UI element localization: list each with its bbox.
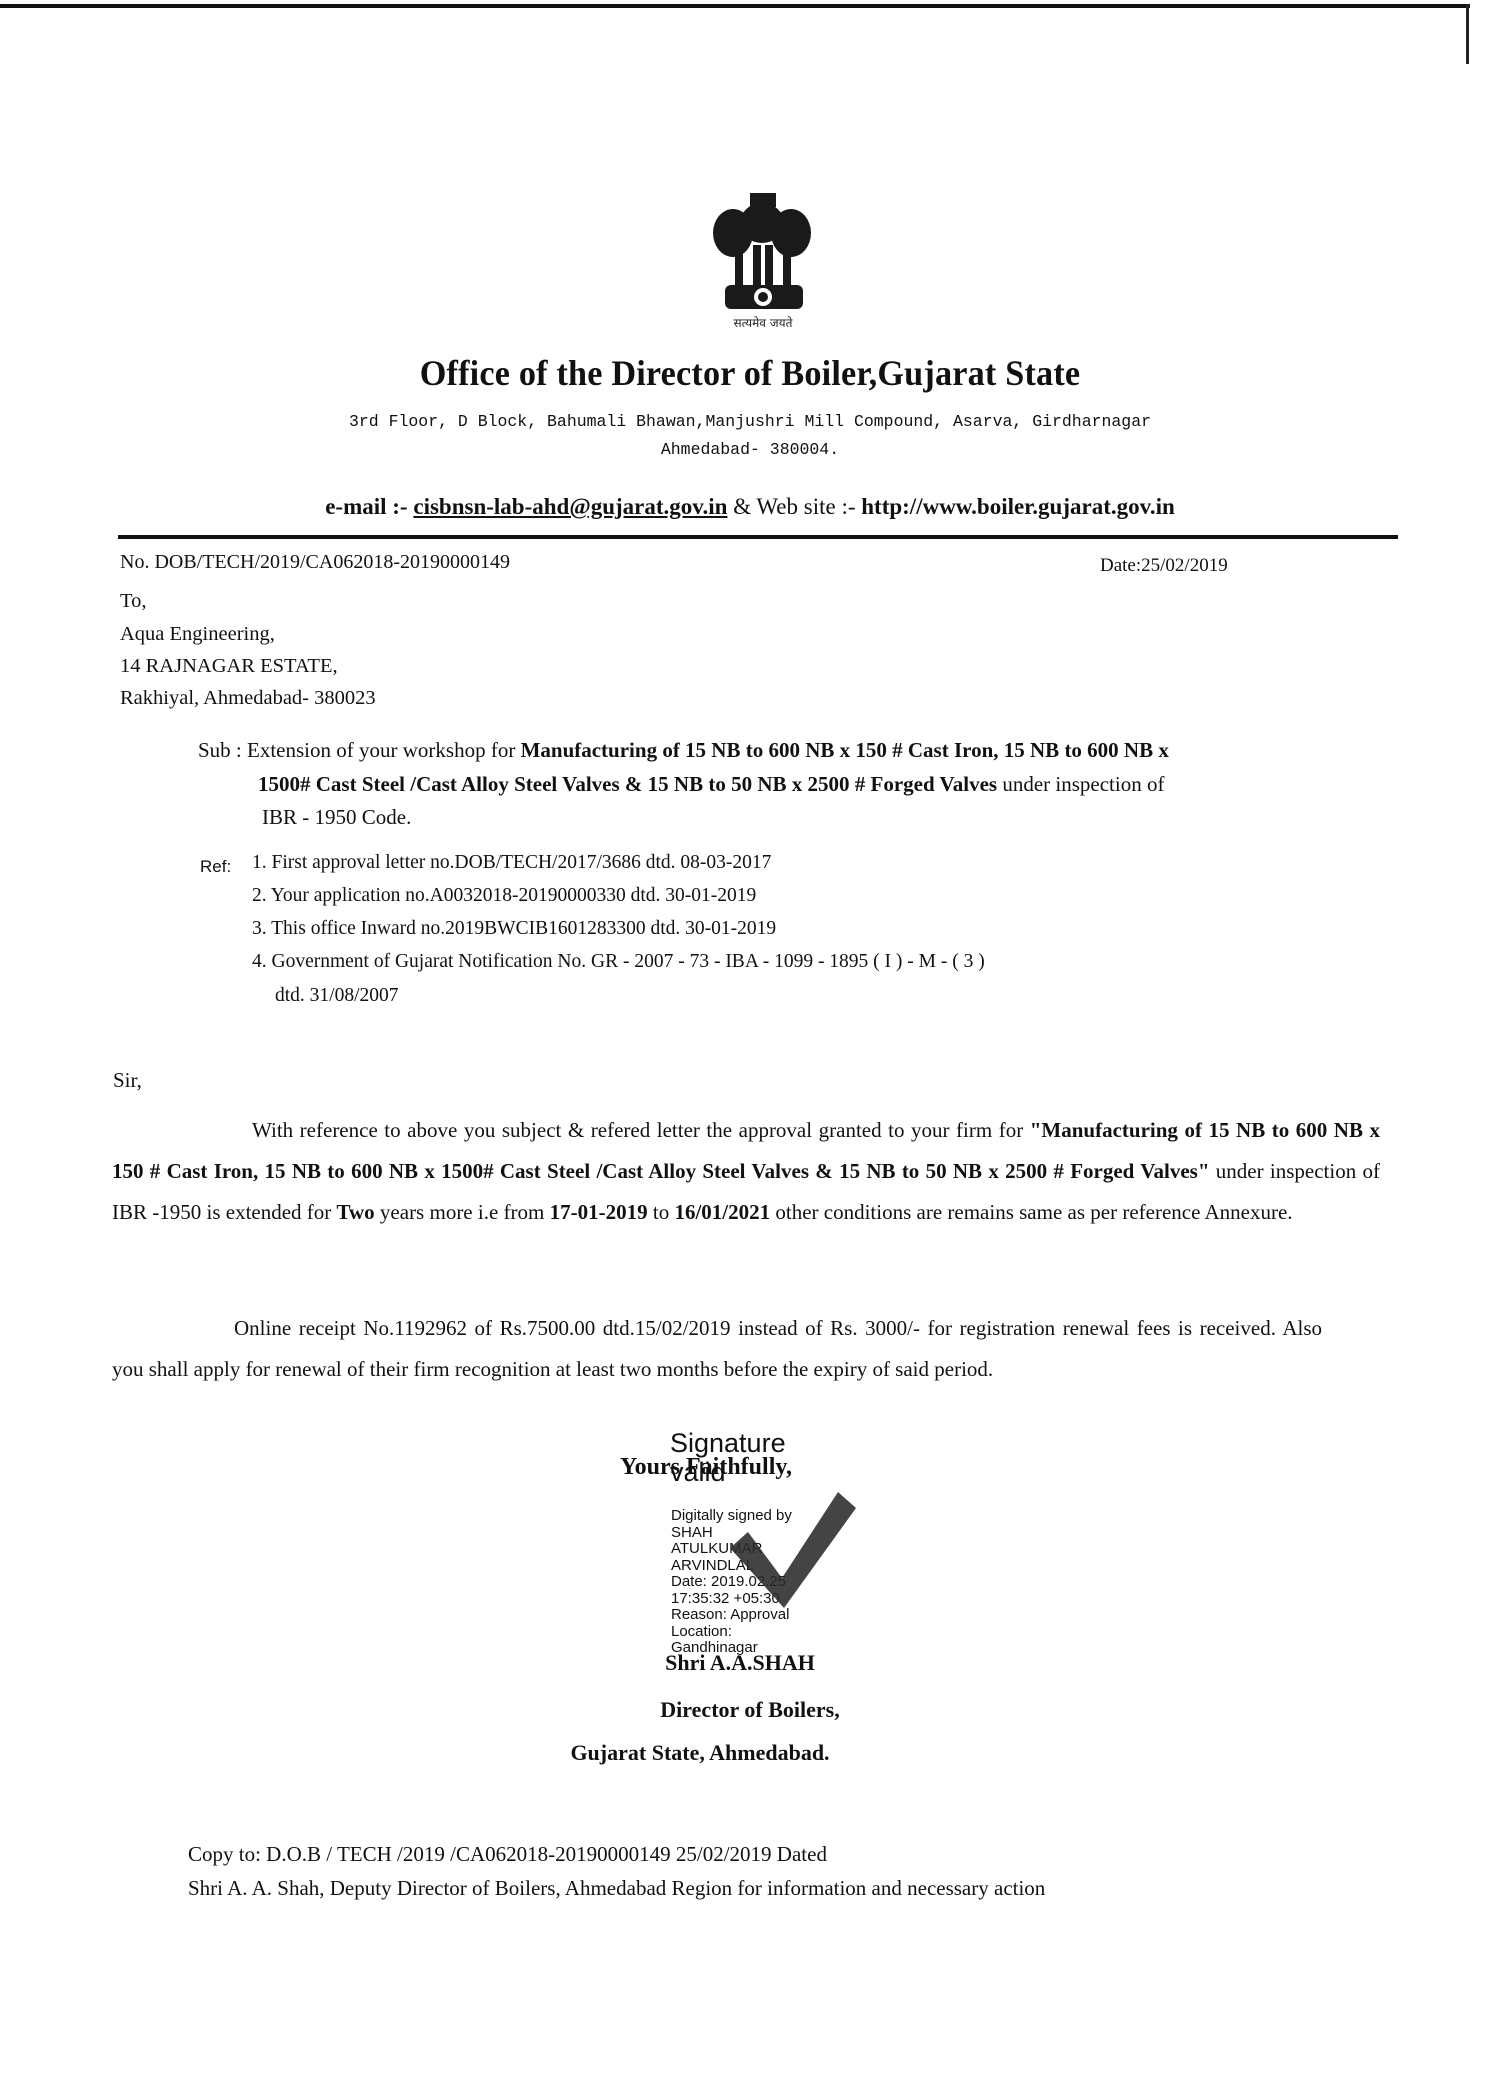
- stamp-line: Location:: [671, 1624, 792, 1641]
- closing-yours-faithfully: Yours Faithfully,: [620, 1454, 792, 1481]
- p1-text-post: other conditions are remains same as per…: [775, 1200, 1292, 1224]
- p1-text-pre: With reference to above you subject & re…: [252, 1118, 1023, 1142]
- website-link[interactable]: http://www.boiler.gujarat.gov.in: [861, 494, 1175, 519]
- reference-item-4: 4. Government of Gujarat Notification No…: [252, 951, 985, 973]
- subject-line1: Sub : Extension of your workshop for Man…: [198, 738, 1169, 763]
- body-paragraph-1: With reference to above you subject & re…: [112, 1110, 1380, 1233]
- svg-text:सत्यमेव जयते: सत्यमेव जयते: [734, 316, 794, 330]
- reference-item-4-date: dtd. 31/08/2007: [275, 985, 399, 1007]
- office-address-line2: Ahmedabad- 380004.: [0, 440, 1500, 459]
- letterhead-divider: [118, 535, 1398, 539]
- subject-text-bold1: Manufacturing of 15 NB to 600 NB x 150 #…: [521, 738, 1169, 762]
- recipient-to: To,: [120, 590, 146, 613]
- website-label: & Web site :-: [733, 494, 855, 519]
- email-link[interactable]: cisbnsn-lab-ahd@gujarat.gov.in: [413, 494, 727, 519]
- signatory-name: Shri A.A.SHAH: [0, 1650, 1490, 1676]
- office-address-line1: 3rd Floor, D Block, Bahumali Bhawan,Manj…: [0, 412, 1500, 431]
- subject-text-bold2: 1500# Cast Steel /Cast Alloy Steel Valve…: [258, 772, 997, 796]
- copy-to-line2: Shri A. A. Shah, Deputy Director of Boil…: [188, 1876, 1045, 1901]
- reference-item-2: 2. Your application no.A0032018-20190000…: [252, 885, 756, 907]
- national-emblem-icon: सत्यमेव जयते: [705, 185, 820, 335]
- recipient-name: Aqua Engineering,: [120, 623, 275, 646]
- reference-item-1: 1. First approval letter no.DOB/TECH/201…: [252, 852, 771, 874]
- letter-date: Date:25/02/2019: [1100, 555, 1228, 577]
- p1-to-word: to: [653, 1200, 669, 1224]
- scan-border-right: [1466, 4, 1469, 64]
- stamp-title-1: Signature: [670, 1432, 786, 1454]
- email-label: e-mail :-: [325, 494, 407, 519]
- subject-line3: IBR - 1950 Code.: [262, 805, 411, 830]
- p1-duration-bold: Two: [337, 1200, 375, 1224]
- p1-to-date: 16/01/2021: [674, 1200, 770, 1224]
- references-label: Ref:: [200, 857, 231, 877]
- subject-text-pre: Extension of your workshop for: [247, 738, 515, 762]
- letter-number: No. DOB/TECH/2019/CA062018-20190000149: [120, 551, 510, 574]
- scan-border-top: [0, 4, 1470, 8]
- copy-to-line1: Copy to: D.O.B / TECH /2019 /CA062018-20…: [188, 1842, 827, 1867]
- reference-item-3: 3. This office Inward no.2019BWCIB160128…: [252, 918, 776, 940]
- valid-checkmark-icon: [730, 1490, 860, 1615]
- body-paragraph-2: Online receipt No.1192962 of Rs.7500.00 …: [112, 1308, 1322, 1390]
- subject-text-post: under inspection of: [1002, 772, 1164, 796]
- office-title: Office of the Director of Boiler,Gujarat…: [38, 352, 1463, 394]
- p1-text-mid2: years more i.e from: [380, 1200, 544, 1224]
- signatory-place: Gujarat State, Ahmedabad.: [0, 1740, 1450, 1766]
- contact-line: e-mail :- cisbnsn-lab-ahd@gujarat.gov.in…: [0, 494, 1500, 520]
- recipient-address1: 14 RAJNAGAR ESTATE,: [120, 655, 338, 678]
- p1-from-date: 17-01-2019: [550, 1200, 648, 1224]
- signatory-designation: Director of Boilers,: [0, 1697, 1500, 1723]
- salutation: Sir,: [113, 1068, 142, 1093]
- subject-label: Sub :: [198, 738, 242, 762]
- recipient-address2: Rakhiyal, Ahmedabad- 380023: [120, 687, 376, 710]
- subject-line2: 1500# Cast Steel /Cast Alloy Steel Valve…: [258, 772, 1164, 797]
